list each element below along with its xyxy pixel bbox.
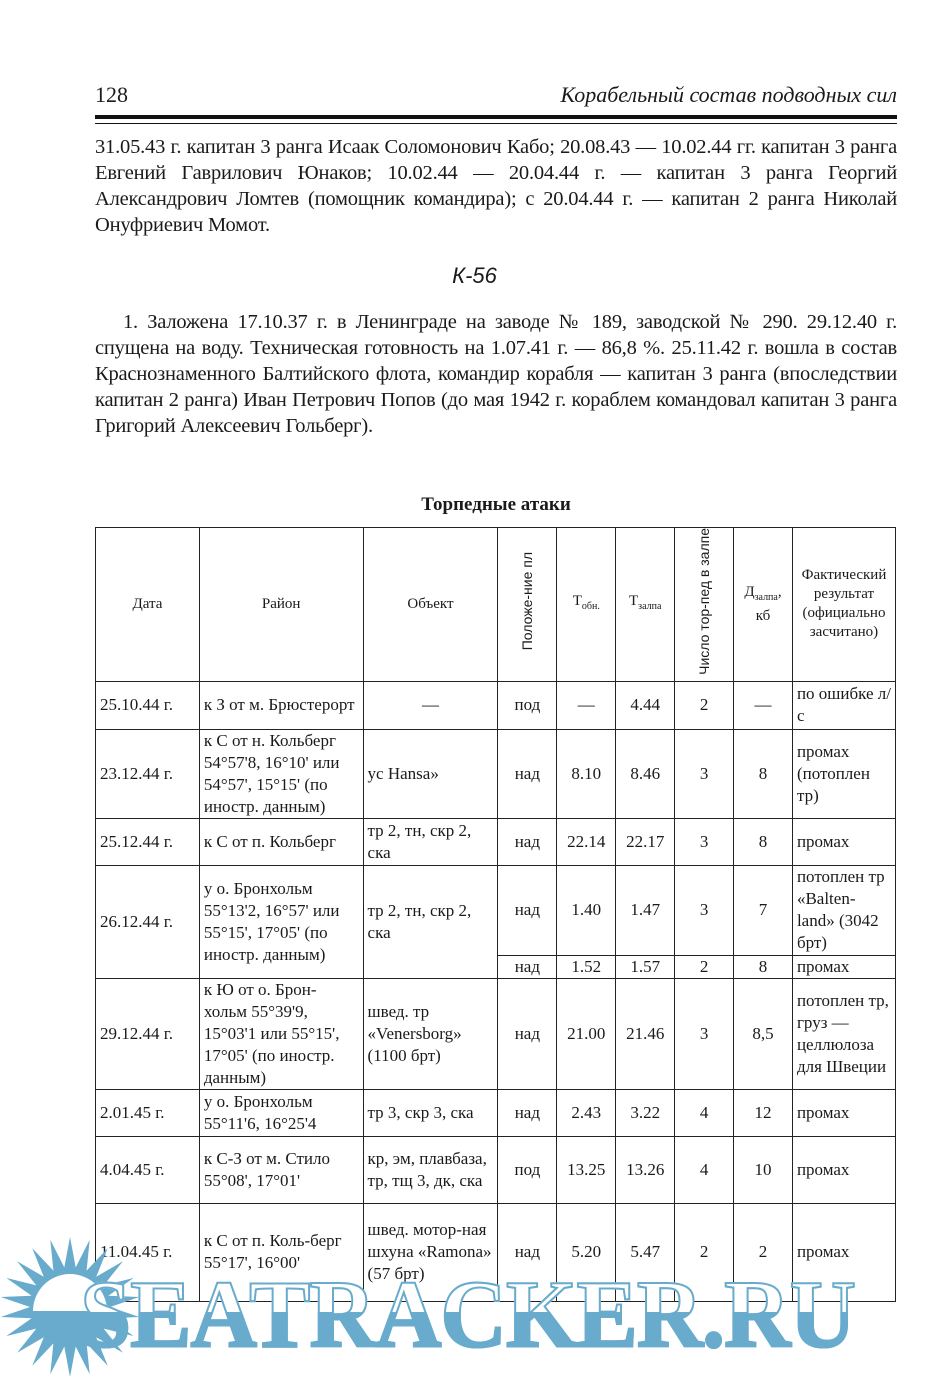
- torpedo-attacks-table: Дата Район Объект Положе-ние пл Тобн. Тз…: [95, 527, 896, 1302]
- header-torpedo-count-text: Число тор-пед в залпе: [696, 528, 712, 675]
- intro-text: 31.05.43 г. капитан 3 ранга Исаак Соломо…: [95, 134, 897, 238]
- header-area: Район: [199, 528, 363, 682]
- table-row: 2.01.45 г. у о. Бронхольм 55°11'6, 16°25…: [96, 1089, 896, 1136]
- header-t-salvo: Тзалпа: [616, 528, 675, 682]
- header-d-salvo: Дзалпа, кб: [734, 528, 793, 682]
- section-title: К-56: [0, 263, 949, 289]
- table-header-row: Дата Район Объект Положе-ние пл Тобн. Тз…: [96, 528, 896, 682]
- section-paragraph: 1. Заложена 17.10.37 г. в Ленинграде на …: [95, 309, 897, 439]
- header-result: Фактический результат (официально засчит…: [792, 528, 895, 682]
- section-text: 1. Заложена 17.10.37 г. в Ленинграде на …: [95, 309, 897, 439]
- table-row: 25.12.44 г. к С от п. Кольберг тр 2, тн,…: [96, 818, 896, 865]
- header-torpedo-count: Число тор-пед в залпе: [675, 528, 734, 682]
- table-row: 26.12.44 г. у о. Бронхольм 55°13'2, 16°5…: [96, 865, 896, 955]
- header-position-text: Положе-ние пл: [519, 552, 535, 650]
- page-number: 128: [95, 82, 128, 108]
- header-t-detect: Тобн.: [557, 528, 616, 682]
- watermark-text: SEATRACKER.RU: [80, 1266, 855, 1363]
- table-row: 25.10.44 г. к З от м. Брюстерорт — под —…: [96, 681, 896, 729]
- header-rule-thin: [95, 123, 897, 124]
- header-object: Объект: [363, 528, 498, 682]
- table-row: 4.04.45 г. к С-З от м. Стило 55°08', 17°…: [96, 1136, 896, 1203]
- table-row: 29.12.44 г. к Ю от о. Брон-хольм 55°39'9…: [96, 978, 896, 1089]
- header-date: Дата: [96, 528, 200, 682]
- intro-paragraph: 31.05.43 г. капитан 3 ранга Исаак Соломо…: [95, 134, 897, 238]
- table-title: Торпедные атаки: [95, 494, 897, 516]
- table-row: 23.12.44 г. к С от н. Кольберг 54°57'8, …: [96, 729, 896, 818]
- header-position: Положе-ние пл: [498, 528, 557, 682]
- header-rule-thick: [95, 115, 897, 119]
- running-title: Корабельный состав подводных сил: [560, 82, 897, 108]
